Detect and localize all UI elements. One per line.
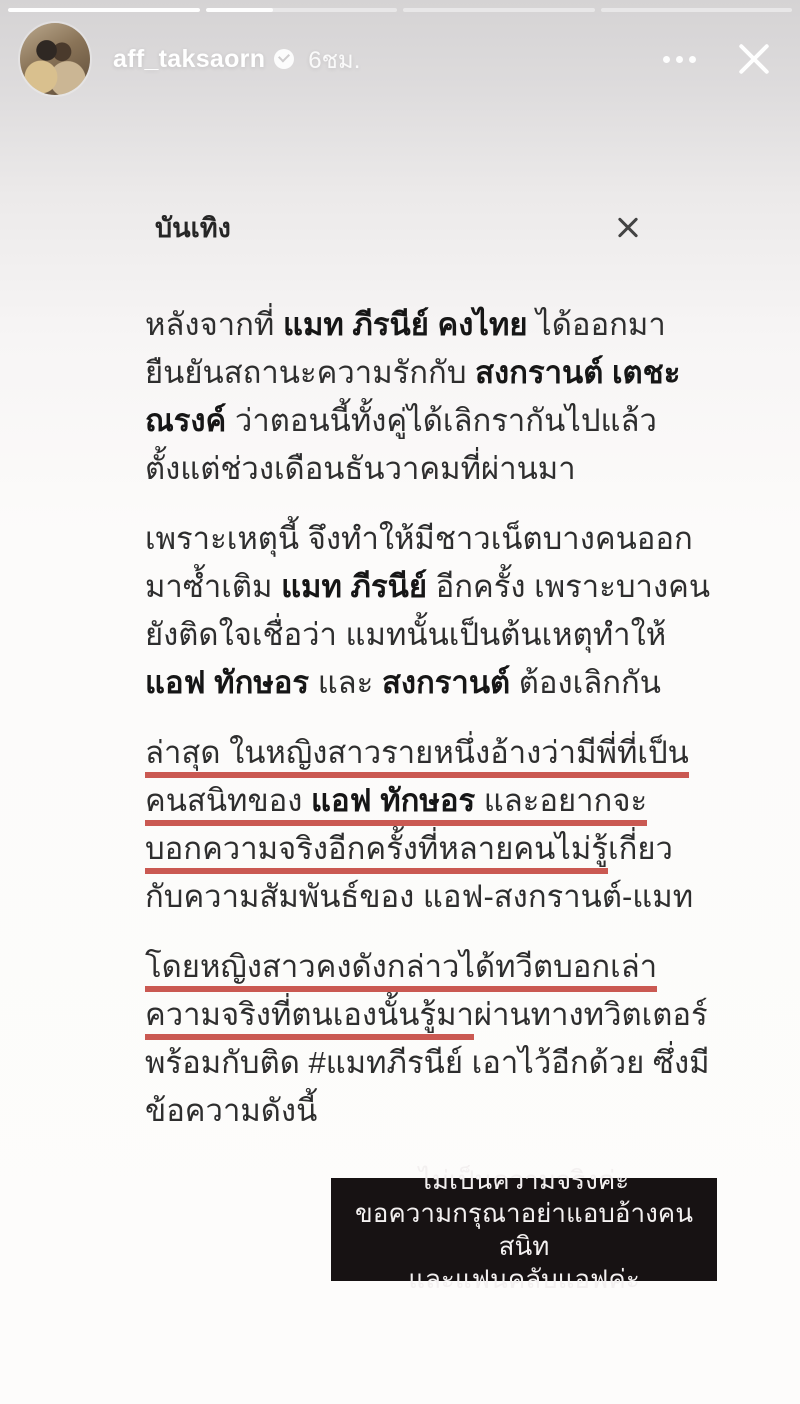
text-line: เพราะเหตุนี้ จึงทำให้มีชาวเน็ตบางคนออก bbox=[145, 515, 670, 563]
verified-badge-icon bbox=[274, 49, 294, 69]
red-underlined-text: บอกความจริงอีกครั้งที่หลายคนไม่รู้ bbox=[145, 831, 608, 874]
story-progress-bar bbox=[8, 8, 792, 12]
text-line: บอกความจริงอีกครั้งที่หลายคนไม่รู้เกี่ยว bbox=[145, 825, 670, 873]
story-close-button[interactable] bbox=[726, 31, 782, 87]
text-line: ล่าสุด ในหญิงสาวรายหนึ่งอ้างว่ามีพี่ที่เ… bbox=[145, 729, 670, 777]
user-block[interactable]: aff_taksaorn 6ชม. bbox=[113, 40, 360, 79]
dot-icon bbox=[676, 56, 683, 63]
text-line: กับความสัมพันธ์ของ แอฟ-สงกรานต์-แมท bbox=[145, 873, 670, 921]
text-line: ความจริงที่ตนเองนั้นรู้มาผ่านทางทวิตเตอร… bbox=[145, 991, 670, 1039]
username[interactable]: aff_taksaorn bbox=[113, 45, 265, 74]
body-text: ยังติดใจเชื่อว่า แมทนั้นเป็นต้นเหตุทำให้ bbox=[145, 617, 666, 652]
paragraph: ล่าสุด ในหญิงสาวรายหนึ่งอ้างว่ามีพี่ที่เ… bbox=[145, 729, 670, 921]
body-text: เกี่ยว bbox=[608, 831, 673, 866]
paragraph: โดยหญิงสาวคงดังกล่าวได้ทวีตบอกเล่าความจร… bbox=[145, 943, 670, 1135]
text-line: แอฟ ทักษอร และ สงกรานต์ ต้องเลิกกัน bbox=[145, 659, 670, 707]
text-line: ตั้งแต่ช่วงเดือนธันวาคมที่ผ่านมา bbox=[145, 445, 670, 493]
body-text: ต้องเลิกกัน bbox=[510, 665, 661, 700]
article-section-title: บันเทิง bbox=[155, 206, 231, 249]
bold-name-text: แอฟ ทักษอร bbox=[145, 665, 309, 700]
article-body-text: หลังจากที่ แมท ภีรนีย์ คงไทย ได้ออกมายืน… bbox=[145, 301, 670, 1157]
progress-segment bbox=[8, 8, 200, 12]
dot-icon bbox=[689, 56, 696, 63]
bold-name-text: สงกรานต์ เตชะ bbox=[475, 355, 680, 390]
text-line: โดยหญิงสาวคงดังกล่าวได้ทวีตบอกเล่า bbox=[145, 943, 670, 991]
red-underlined-text: ล่าสุด ในหญิงสาวรายหนึ่งอ้างว่ามีพี่ที่เ… bbox=[145, 735, 689, 778]
quote-line: ขอความกรุณาอย่าแอบอ้างคนสนิท bbox=[337, 1197, 711, 1263]
paragraph: เพราะเหตุนี้ จึงทำให้มีชาวเน็ตบางคนออกมา… bbox=[145, 515, 670, 707]
avatar[interactable] bbox=[20, 23, 90, 95]
quote-box: ไม่เป็นความจริงค่ะขอความกรุณาอย่าแอบอ้าง… bbox=[331, 1178, 717, 1281]
paragraph: หลังจากที่ แมท ภีรนีย์ คงไทย ได้ออกมายืน… bbox=[145, 301, 670, 493]
bold-name-text: แมท ภีรนีย์ bbox=[281, 569, 427, 604]
red-underlined-text: และอยากจะ bbox=[475, 783, 647, 826]
red-underlined-text: คนสนิทของ bbox=[145, 783, 311, 826]
body-text: ได้ออกมา bbox=[528, 307, 666, 342]
body-text: ผ่านทางทวิตเตอร์ bbox=[474, 997, 708, 1032]
body-text: กับความสัมพันธ์ของ แอฟ-สงกรานต์-แมท bbox=[145, 879, 693, 914]
body-text: อีกครั้ง เพราะบางคน bbox=[427, 569, 710, 604]
red-underlined-text: ความจริงที่ตนเองนั้นรู้มา bbox=[145, 997, 474, 1040]
story-header: aff_taksaorn 6ชม. bbox=[20, 22, 782, 96]
article-header: บันเทิง bbox=[155, 206, 642, 249]
progress-segment bbox=[206, 8, 398, 12]
body-text: ว่าตอนนี้ทั้งคู่ได้เลิกรากันไปแล้ว bbox=[226, 403, 657, 438]
body-text: พร้อมกับติด #แมทภีรนีย์ เอาไว้อีกด้วย ซึ… bbox=[145, 1045, 710, 1080]
story-timestamp: 6ชม. bbox=[308, 40, 360, 79]
instagram-story-viewer[interactable]: aff_taksaorn 6ชม. บันเทิง หลังจากที่ แมท… bbox=[0, 0, 800, 1404]
text-line: คนสนิทของ แอฟ ทักษอร และอยากจะ bbox=[145, 777, 670, 825]
body-text: เพราะเหตุนี้ จึงทำให้มีชาวเน็ตบางคนออก bbox=[145, 521, 693, 556]
more-options-button[interactable] bbox=[657, 46, 702, 73]
body-text: และ bbox=[309, 665, 382, 700]
text-line: ข้อความดังนี้ bbox=[145, 1087, 670, 1135]
article-close-icon bbox=[614, 214, 642, 242]
bold-name-text: ณรงค์ bbox=[145, 403, 226, 438]
progress-segment bbox=[601, 8, 793, 12]
dot-icon bbox=[663, 56, 670, 63]
red-underlined-text: แอฟ ทักษอร bbox=[311, 783, 475, 826]
text-line: ยังติดใจเชื่อว่า แมทนั้นเป็นต้นเหตุทำให้ bbox=[145, 611, 670, 659]
red-underlined-text: โดยหญิงสาวคงดังกล่าวได้ทวีตบอกเล่า bbox=[145, 949, 657, 992]
bold-name-text: สงกรานต์ bbox=[382, 665, 510, 700]
quote-line: และแฟนคลับแอฟค่ะ bbox=[337, 1263, 711, 1296]
progress-segment bbox=[403, 8, 595, 12]
body-text: ข้อความดังนี้ bbox=[145, 1093, 317, 1128]
text-line: มาซ้ำเติม แมท ภีรนีย์ อีกครั้ง เพราะบางค… bbox=[145, 563, 670, 611]
body-text: ตั้งแต่ช่วงเดือนธันวาคมที่ผ่านมา bbox=[145, 451, 576, 486]
body-text: ยืนยันสถานะความรักกับ bbox=[145, 355, 475, 390]
bold-name-text: แมท ภีรนีย์ คงไทย bbox=[283, 307, 528, 342]
body-text: หลังจากที่ bbox=[145, 307, 283, 342]
text-line: พร้อมกับติด #แมทภีรนีย์ เอาไว้อีกด้วย ซึ… bbox=[145, 1039, 670, 1087]
quote-line: ไม่เป็นความจริงค่ะ bbox=[337, 1164, 711, 1197]
body-text: มาซ้ำเติม bbox=[145, 569, 281, 604]
text-line: หลังจากที่ แมท ภีรนีย์ คงไทย ได้ออกมา bbox=[145, 301, 670, 349]
text-line: ณรงค์ ว่าตอนนี้ทั้งคู่ได้เลิกรากันไปแล้ว bbox=[145, 397, 670, 445]
text-line: ยืนยันสถานะความรักกับ สงกรานต์ เตชะ bbox=[145, 349, 670, 397]
